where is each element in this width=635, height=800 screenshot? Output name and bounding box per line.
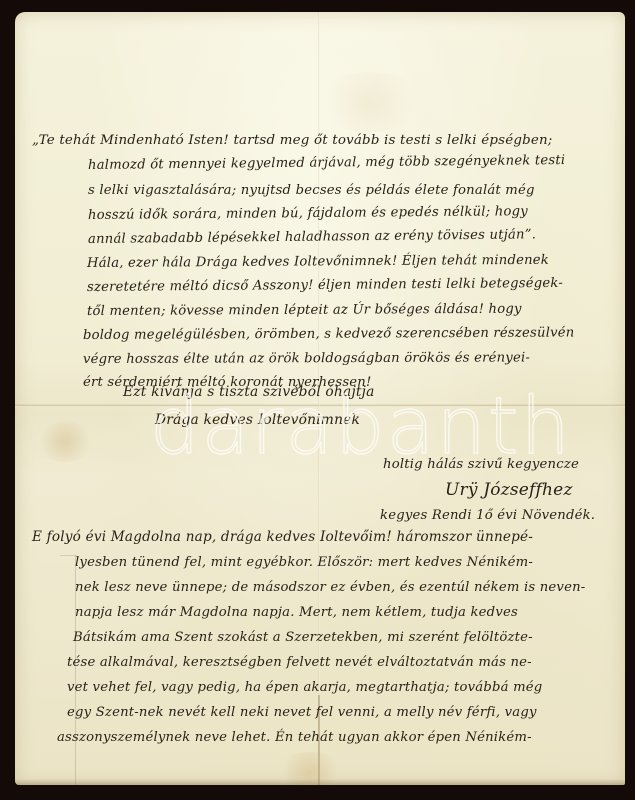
- text-line: től menten; kövesse minden lépteit az Úr…: [87, 302, 522, 319]
- paper-crease: [315, 72, 425, 132]
- paper-stain: [35, 422, 95, 462]
- text-line: halmozd őt mennyei kegyelmed árjával, mé…: [88, 153, 565, 173]
- text-line: hosszú idők sorára, minden bú, fájdalom …: [88, 204, 528, 223]
- text-line: asszonyszemélynek neve lehet. Én tehát u…: [57, 730, 532, 745]
- text-line: Bátsikám ama Szent szokást a Szerzetekbe…: [73, 630, 533, 645]
- text-line: E folyó évi Magdolna nap, drága kedves I…: [32, 529, 533, 545]
- text-line: vet vehet fel, vagy pedig, ha épen akarj…: [67, 680, 542, 695]
- text-line: nek lesz neve ünnepe; de másodszor ez év…: [75, 580, 585, 595]
- text-line: lyesben tünend fel, mint egyébkor. Elősz…: [75, 555, 533, 570]
- text-line: boldog megelégülésben, örömben, s kedvez…: [83, 325, 575, 343]
- text-line: egy Szent-nek nevét kell neki nevet fel …: [67, 705, 537, 720]
- worn-bottom-edge: [15, 779, 625, 785]
- text-line: annál szabadabb lépésekkel haladhasson a…: [88, 227, 536, 247]
- text-line: napja lesz már Magdolna napja. Mert, nem…: [75, 605, 518, 620]
- text-line: Hála, ezer hála Drága kedves Ioltevőnimn…: [87, 253, 549, 271]
- signature: Urÿ Józseffhez: [445, 480, 573, 500]
- text-line: s lelki vigasztalására; nyujtsd becses é…: [88, 183, 535, 198]
- letter-paper: „Te tehát Mindenható Isten! tartsd meg ő…: [15, 12, 625, 785]
- watermark: darabanth: [150, 382, 572, 472]
- text-line: „Te tehát Mindenható Isten! tartsd meg ő…: [32, 133, 553, 148]
- text-line: tése alkalmával, keresztségben felvett n…: [67, 655, 532, 670]
- pencil-margin-tick: [60, 555, 76, 556]
- text-line: szeretetére méltó dicső Asszony! éljen m…: [87, 276, 563, 295]
- title-line: kegyes Rendi 1ő évi Növendék.: [380, 508, 595, 523]
- text-line: végre hosszas élte után az örök boldogsá…: [83, 350, 530, 367]
- scanned-letter: „Te tehát Mindenható Isten! tartsd meg ő…: [0, 0, 635, 800]
